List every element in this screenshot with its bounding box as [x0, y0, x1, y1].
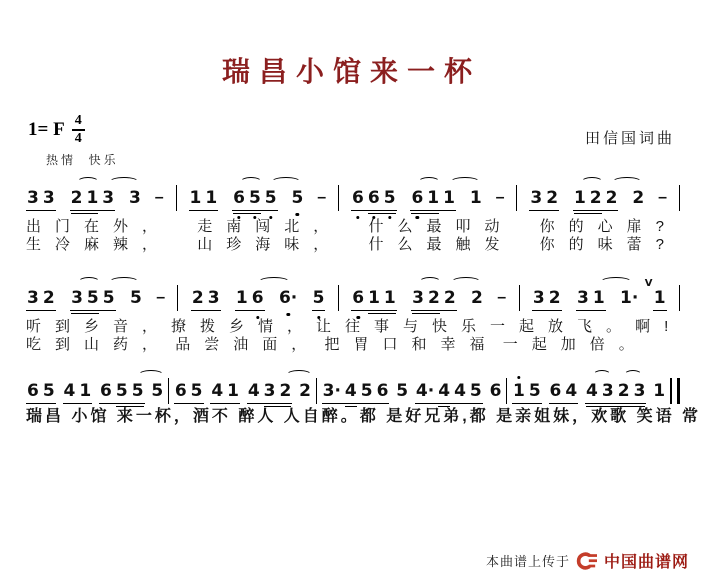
beam-group: 64	[547, 381, 581, 401]
note: 6	[173, 381, 189, 401]
beam-group: 655	[97, 381, 147, 401]
beam-group: 432	[245, 381, 295, 401]
beam-group: 33	[24, 188, 58, 208]
note-number: 1·	[620, 288, 638, 308]
note-number: 6	[352, 288, 364, 308]
slur-arc	[240, 177, 262, 187]
music-line-1: 332133–116555–6656111–321222–	[24, 181, 680, 215]
slur-arc	[271, 177, 301, 187]
lyric-phrase: 一起加倍。	[503, 336, 648, 354]
slur-arc	[600, 277, 632, 287]
note: 6	[350, 188, 366, 208]
bar-line	[177, 285, 178, 311]
note: 2	[69, 188, 85, 208]
lyric-phrase: 什么最叩动	[368, 218, 513, 236]
beam-group: 32	[530, 288, 564, 308]
note: 2	[442, 288, 458, 308]
note: 1	[572, 188, 588, 208]
music-line-2: 323555–23166·56113222–32311·1V	[24, 281, 680, 315]
beam-group: 611	[349, 288, 399, 308]
note: 5	[149, 381, 165, 401]
note: 4	[246, 381, 262, 401]
note: 4·	[414, 381, 436, 401]
slur-arc	[286, 370, 312, 380]
beam-group: 355	[68, 288, 118, 308]
note-number: 5	[43, 381, 55, 401]
note: 5	[130, 381, 146, 401]
beam-group: 23	[189, 288, 223, 308]
sixteenth-beam-group: 61	[409, 188, 441, 208]
beam-group: 65	[172, 381, 206, 401]
note: 4	[452, 381, 468, 401]
note-number: 6	[352, 188, 364, 208]
sixteenth-beam-group: 4323	[584, 381, 647, 401]
note: 5	[128, 288, 144, 308]
note: 3	[262, 381, 278, 401]
note-number: 2	[444, 288, 456, 308]
slur-arc	[624, 370, 642, 380]
sixteenth-beam-group: 4	[436, 381, 452, 401]
note: 3	[69, 288, 85, 308]
note: 2	[297, 381, 313, 401]
lyric-phrase: 吃到山药，	[26, 336, 171, 354]
note-number: 4	[345, 381, 357, 401]
note: 2	[604, 188, 620, 208]
beam-group: 4323	[583, 381, 648, 401]
note-number: 1	[574, 188, 586, 208]
note-number: 1	[205, 188, 217, 208]
note-number: 6	[377, 381, 389, 401]
slur-arc	[258, 277, 290, 287]
slur-arc	[418, 177, 440, 187]
note: 1	[366, 288, 382, 308]
note: 1	[382, 288, 398, 308]
slur-arc	[109, 177, 139, 187]
key-signature: 1= F 4 4	[28, 114, 85, 146]
lyric-phrase: 走南闯北，	[197, 218, 342, 236]
beam-group: 41	[61, 381, 95, 401]
note-number: 5	[130, 288, 142, 308]
lyrics-line-1-verse-1: 出门在外，走南闯北，什么最叩动你的心扉?	[26, 218, 678, 236]
note-number: 1	[236, 288, 248, 308]
note-number: 4	[64, 381, 76, 401]
note-number: 2	[632, 188, 644, 208]
uploaded-by-text: 本曲谱上传于	[486, 551, 570, 570]
note-number: 5	[313, 288, 325, 308]
note-number: 3·	[323, 381, 341, 401]
slur-arc	[77, 177, 99, 187]
note: 2	[630, 188, 646, 208]
music-sheet: 瑞昌小馆来一杯 1= F 4 4 热情 快乐 田信国词曲 332133–1165…	[0, 0, 703, 582]
note: 3	[632, 381, 648, 401]
note-number: 3	[530, 188, 542, 208]
note: 1	[651, 381, 667, 401]
note-number: 5	[191, 381, 203, 401]
sixteenth-beam-group: 35	[69, 288, 101, 308]
note: 1	[468, 188, 484, 208]
note: 5	[85, 288, 101, 308]
note: 5	[247, 188, 263, 208]
note: 6	[366, 188, 382, 208]
song-title: 瑞昌小馆来一杯	[0, 50, 703, 90]
note-number: 1	[427, 188, 439, 208]
note: 3	[528, 188, 544, 208]
note-number: 5	[529, 381, 541, 401]
note-number: 6	[100, 381, 112, 401]
key-label: 1= F	[28, 119, 65, 141]
bar-line	[516, 185, 517, 211]
note-number: 3	[102, 188, 114, 208]
bar-line	[316, 378, 317, 404]
note: 1V	[652, 288, 668, 308]
lyric-phrase: 把胃口和幸福	[325, 336, 499, 354]
note: 1	[441, 188, 457, 208]
note: 2	[426, 288, 442, 308]
note: 3	[206, 288, 222, 308]
note-number: 6	[368, 188, 380, 208]
composer-credit: 田信国词曲	[585, 127, 675, 148]
note-number: 2	[590, 188, 602, 208]
note: 4	[563, 381, 579, 401]
beam-group: 32	[527, 188, 561, 208]
note: 1	[511, 381, 527, 401]
sixteenth-beam-group: 11	[366, 288, 398, 308]
slur-arc	[78, 277, 100, 287]
sixteenth-beam-group: 65	[366, 188, 398, 208]
note-number: 5	[396, 381, 408, 401]
note: 5	[359, 381, 375, 401]
note-number: 3	[129, 188, 141, 208]
note-number: 3	[43, 188, 55, 208]
note-number: 1	[653, 381, 665, 401]
note-number: 5	[87, 288, 99, 308]
note: 5	[41, 381, 57, 401]
note: 6	[98, 381, 114, 401]
note: 1	[188, 188, 204, 208]
note: 1	[425, 188, 441, 208]
note-number: 4	[454, 381, 466, 401]
lyric-phrase: 生冷麻辣，	[26, 236, 171, 254]
slur-arc	[109, 277, 139, 287]
sixteenth-beam-group: 55	[114, 381, 146, 401]
bar-line	[338, 185, 339, 211]
note: 1	[84, 188, 100, 208]
note: 1	[77, 381, 93, 401]
note-number: 6	[252, 288, 264, 308]
note: 3	[410, 288, 426, 308]
note-number: 5	[116, 381, 128, 401]
note-number: 1	[513, 381, 525, 401]
time-signature: 4 4	[72, 114, 85, 146]
note: 3	[600, 381, 616, 401]
note: 3	[25, 288, 41, 308]
note-number: 5	[470, 381, 482, 401]
note: 4	[584, 381, 600, 401]
note-number: 6	[490, 381, 502, 401]
lyrics-line-1-verse-2: 生冷麻辣，山珍海味，什么最触发你的味蕾?	[26, 236, 678, 254]
beam-group: 122	[571, 188, 621, 208]
note-number: 4	[586, 381, 598, 401]
note-number: 3	[208, 288, 220, 308]
note: 3	[127, 188, 143, 208]
note: 3	[100, 188, 116, 208]
music-line-3: 65416555654143223·45654·4456156443231	[24, 374, 680, 408]
lyric-phrase: 你的心扉?	[540, 218, 678, 236]
note-number: 6	[411, 188, 423, 208]
lyric-phrase: 酒不 醉人 人自醉。	[193, 408, 360, 426]
note-number: 2	[618, 381, 630, 401]
note-number: 5	[361, 381, 373, 401]
duration-dash: –	[154, 289, 167, 307]
note: 6	[350, 288, 366, 308]
note: 6	[231, 188, 247, 208]
note-number: 2	[606, 188, 618, 208]
lyric-phrase: 一起放飞。	[490, 318, 635, 336]
note: 1	[225, 381, 241, 401]
lyric-phrase	[652, 336, 678, 354]
duration-dash: –	[656, 189, 669, 207]
note-number: 3	[27, 188, 39, 208]
slur-arc	[593, 370, 611, 380]
lyric-phrase: 撩拨乡情，	[171, 318, 316, 336]
slur-arc	[138, 370, 164, 380]
slur-arc	[419, 277, 441, 287]
sixteenth-beam-group: 21	[69, 188, 101, 208]
beam-group: 1V	[651, 288, 669, 308]
beam-group: 655	[230, 188, 280, 208]
time-signature-numerator: 4	[72, 114, 85, 131]
note-number: 4	[211, 381, 223, 401]
bar-line	[338, 285, 339, 311]
note: 6	[25, 381, 41, 401]
bar-line	[679, 285, 680, 311]
note: 3	[25, 188, 41, 208]
duration-dash: –	[153, 189, 166, 207]
beam-group: 15	[510, 381, 544, 401]
lyric-phrase: 瑞昌 小馆 来一杯，	[26, 408, 193, 426]
lyric-phrase: 欢歌 笑语 常 相 会!	[591, 408, 703, 426]
note: 6·	[277, 288, 299, 308]
beam-group: 31	[574, 288, 608, 308]
note: 5	[290, 188, 306, 208]
site-name: 中国曲谱网	[604, 549, 689, 572]
final-bar-line	[670, 378, 680, 404]
breath-mark: V	[645, 274, 653, 294]
note-number: 2	[549, 288, 561, 308]
note: 1	[591, 288, 607, 308]
note: 5	[394, 381, 410, 401]
note-number: 3	[27, 288, 39, 308]
time-signature-denominator: 4	[75, 131, 82, 146]
note-number: 2	[299, 381, 311, 401]
beam-group: 11	[187, 188, 221, 208]
note-number: 3	[634, 381, 646, 401]
note-number: 5	[132, 381, 144, 401]
note: 3	[41, 188, 57, 208]
note-number: 3	[577, 288, 589, 308]
beam-group: 611	[408, 188, 458, 208]
note: 5	[189, 381, 205, 401]
note-number: 3	[533, 288, 545, 308]
note-number: 2	[280, 381, 292, 401]
note-number: 1	[654, 288, 666, 308]
note-number: 4	[565, 381, 577, 401]
sixteenth-beam-group: 12	[572, 188, 604, 208]
note-number: 1	[593, 288, 605, 308]
sixteenth-beam-group: 4	[343, 381, 359, 401]
sixteenth-beam-group: 32	[262, 381, 294, 401]
sixteenth-beam-group: 32	[410, 288, 442, 308]
beam-group: 322	[409, 288, 459, 308]
note: 2	[616, 381, 632, 401]
note-number: 1	[470, 188, 482, 208]
note-number: 1	[384, 288, 396, 308]
note: 6	[250, 288, 266, 308]
bar-line	[519, 285, 520, 311]
lyric-phrase: 都 是好兄弟,都 是亲姐妹，	[360, 408, 591, 426]
beam-group: 4·445	[413, 381, 485, 401]
beam-group: 16	[233, 288, 267, 308]
note: 2	[469, 288, 485, 308]
beam-group: 665	[349, 188, 399, 208]
lyrics-line-2-verse-2: 吃到山药，品尝油面，把胃口和幸福一起加倍。	[26, 336, 678, 354]
note: 2	[41, 288, 57, 308]
note: 2	[278, 381, 294, 401]
lyric-phrase: 听到乡音，	[26, 318, 171, 336]
lyric-phrase: 让往事与快乐	[316, 318, 490, 336]
beam-group: 213	[68, 188, 118, 208]
slur-arc	[450, 177, 480, 187]
note: 5	[382, 188, 398, 208]
lyric-phrase: 啊!	[635, 318, 682, 336]
note-number: 5	[292, 188, 304, 208]
lyric-phrase: 你的味蕾?	[540, 236, 678, 254]
note-number: 3	[71, 288, 83, 308]
high-octave-dot	[517, 376, 520, 379]
bar-line	[679, 185, 680, 211]
note-number: 2	[71, 188, 83, 208]
note-number: 6	[175, 381, 187, 401]
tempo-marking: 热情 快乐	[46, 151, 119, 168]
note: 6	[375, 381, 391, 401]
note-number: 2	[428, 288, 440, 308]
site-logo-icon	[575, 551, 599, 571]
note: 5	[263, 188, 279, 208]
note-number: 5	[151, 381, 163, 401]
note: 4	[62, 381, 78, 401]
slur-arc	[451, 277, 481, 287]
note-number: 4	[438, 381, 450, 401]
note: 1·	[618, 288, 640, 308]
note-number: 6	[233, 188, 245, 208]
beam-group: 3·456	[320, 381, 392, 401]
note: 5	[311, 288, 327, 308]
note-number: 5	[265, 188, 277, 208]
note-number: 6	[27, 381, 39, 401]
duration-dash: –	[495, 289, 508, 307]
note: 5	[101, 288, 117, 308]
bar-line	[168, 378, 169, 404]
note: 3	[575, 288, 591, 308]
duration-dash: –	[315, 189, 328, 207]
beam-group: 65	[24, 381, 58, 401]
note: 1	[234, 288, 250, 308]
note-number: 3	[602, 381, 614, 401]
low-octave-dot	[286, 313, 289, 316]
low-octave-dot	[296, 213, 299, 216]
lyrics-line-3: 瑞昌 小馆 来一杯，酒不 醉人 人自醉。都 是好兄弟,都 是亲姐妹，欢歌 笑语 …	[26, 408, 678, 426]
beam-group: 41	[208, 381, 242, 401]
note-number: 2	[546, 188, 558, 208]
note: 3	[531, 288, 547, 308]
duration-dash: –	[494, 189, 507, 207]
note: 2	[547, 288, 563, 308]
note-number: 5	[249, 188, 261, 208]
note: 5	[468, 381, 484, 401]
note: 4	[343, 381, 359, 401]
watermark: 本曲谱上传于 中国曲谱网	[486, 549, 689, 572]
note-number: 4·	[416, 381, 434, 401]
note-number: 1	[86, 188, 98, 208]
slur-arc	[612, 177, 642, 187]
sixteenth-beam-group: 65	[231, 188, 263, 208]
note: 2	[190, 288, 206, 308]
note: 6	[488, 381, 504, 401]
note: 5	[527, 381, 543, 401]
lyric-phrase: 出门在外，	[26, 218, 171, 236]
note-number: 6	[550, 381, 562, 401]
bar-line	[176, 185, 177, 211]
note: 2	[588, 188, 604, 208]
note: 2	[544, 188, 560, 208]
note-number: 5	[103, 288, 115, 308]
note: 6	[409, 188, 425, 208]
note: 6	[548, 381, 564, 401]
note-number: 1	[79, 381, 91, 401]
lyrics-line-2-verse-1: 听到乡音，撩拨乡情，让往事与快乐一起放飞。啊!	[26, 318, 678, 336]
note-number: 1	[443, 188, 455, 208]
note: 3·	[321, 381, 343, 401]
note-number: 6·	[279, 288, 297, 308]
note-number: 5	[384, 188, 396, 208]
note: 4	[436, 381, 452, 401]
lyric-phrase: 什么最触发	[368, 236, 513, 254]
beam-group: 5	[310, 288, 328, 308]
lyric-phrase: 山珍海味，	[197, 236, 342, 254]
note-number: 2	[192, 288, 204, 308]
note-number: 2	[43, 288, 55, 308]
note-number: 4	[248, 381, 260, 401]
note-number: 3	[412, 288, 424, 308]
note-number: 2	[471, 288, 483, 308]
note-number: 1	[227, 381, 239, 401]
note-number: 3	[264, 381, 276, 401]
slur-arc	[581, 177, 603, 187]
note: 4	[209, 381, 225, 401]
beam-group: 32	[24, 288, 58, 308]
note-number: 1	[368, 288, 380, 308]
note: 5	[114, 381, 130, 401]
note-number: 1	[190, 188, 202, 208]
bar-line	[506, 378, 507, 404]
note: 1	[203, 188, 219, 208]
lyric-phrase: 品尝油面，	[175, 336, 320, 354]
